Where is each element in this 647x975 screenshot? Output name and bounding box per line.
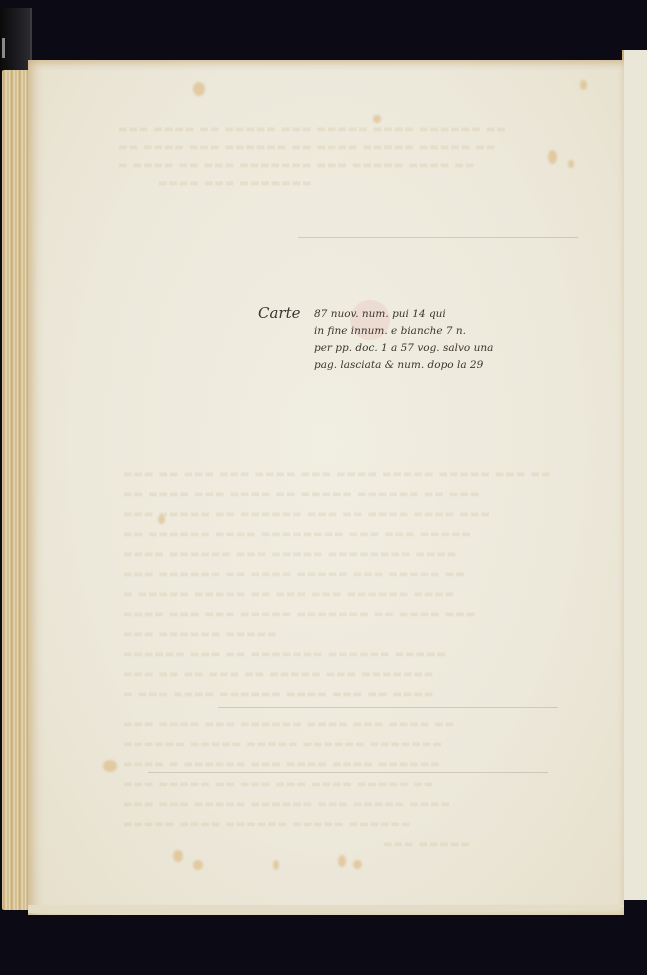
annotation-line: pag. lasciata & num. dopo la 29 [314,357,514,374]
annotation-line: in fine innum. e bianche 7 n. [314,323,514,340]
foxing-spot [173,850,183,862]
annotation-label: Carte [258,304,301,322]
foxing-spot [580,80,587,90]
annotation-lines: 87 nuov. num. pui 14 qui in fine innum. … [314,306,514,374]
clip-mark [2,38,5,58]
right-page-edge [622,50,647,900]
foxing-spot [158,515,165,524]
foxing-spot [353,860,362,869]
foxing-spot [373,115,381,123]
faint-rule [298,237,578,238]
foxing-spot [103,760,117,772]
foxing-spot [193,82,205,96]
manuscript-page: ▬▬▬ ▬▬▬▬ ▬▬ ▬▬▬▬▬ ▬▬▬ ▬▬▬▬▬ ▬▬▬▬ ▬▬▬▬▬▬ … [28,60,624,915]
bleedthrough-top: ▬▬▬ ▬▬▬▬ ▬▬ ▬▬▬▬▬ ▬▬▬ ▬▬▬▬▬ ▬▬▬▬ ▬▬▬▬▬▬ … [118,120,588,210]
foxing-spot [568,160,574,168]
foxing-spot [338,855,346,867]
bleedthrough-lower: ▬▬▬ ▬▬ ▬▬▬ ▬▬▬ ▬▬▬▬ ▬▬▬ ▬▬▬▬ ▬▬▬▬▬ ▬▬▬▬▬… [123,465,593,885]
foxing-spot [193,860,203,870]
faint-rule [218,707,558,708]
foxing-spot [548,150,557,164]
annotation-line: 87 nuov. num. pui 14 qui [314,306,514,323]
foxing-spot [273,860,279,870]
faint-rule [148,772,548,773]
annotation-line: per pp. doc. 1 a 57 vog. salvo una [314,340,514,357]
